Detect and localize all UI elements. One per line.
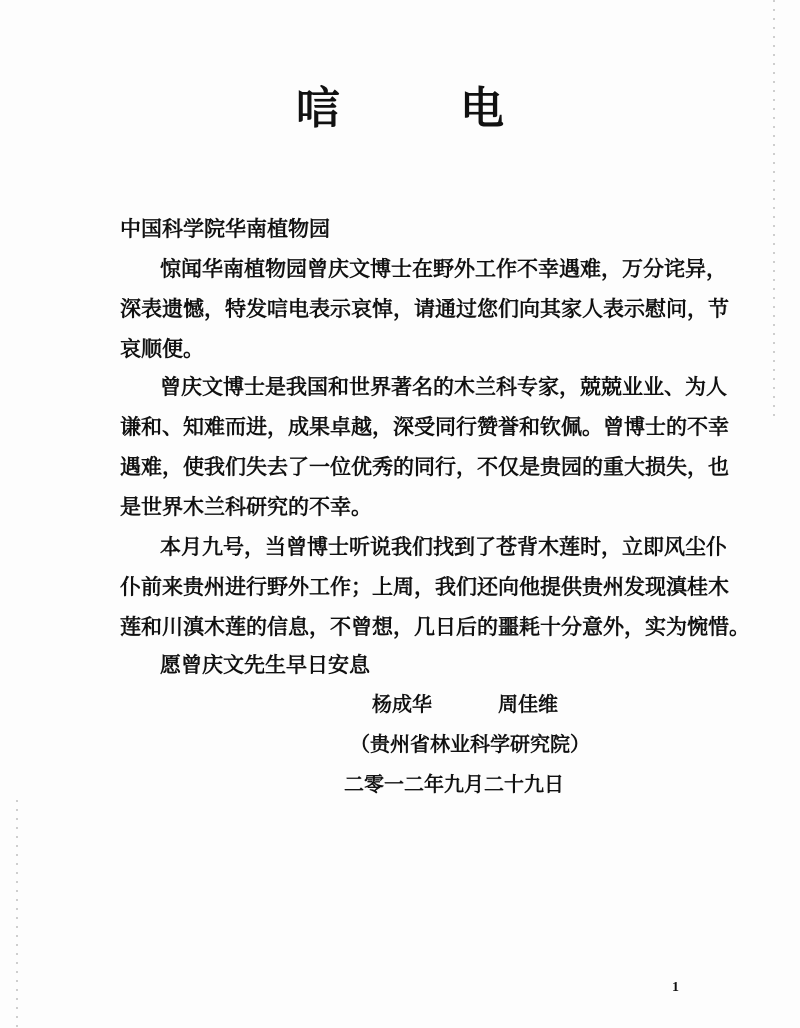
paragraph-2-line-2: 谦和、知难而进，成果卓越，深受同行赞誉和钦佩。曾博士的不幸 [120,416,729,437]
scan-edge-artifact-right [773,0,775,420]
scan-edge-artifact-left [16,800,18,1028]
paragraph-2-line-1: 曾庆文博士是我国和世界著名的木兰科专家，兢兢业业、为人 [160,376,727,397]
paragraph-1-line-2: 深表遗憾，特发唁电表示哀悼，请通过您们向其家人表示慰问，节 [120,298,729,319]
paragraph-3-line-1: 本月九号，当曾博士听说我们找到了苍背木莲时，立即风尘仆 [160,536,727,557]
title-char-2: 电 [460,72,504,136]
paragraph-3-line-2: 仆前来贵州进行野外工作；上周，我们还向他提供贵州发现滇桂木 [120,576,729,597]
closing-line: 愿曾庆文先生早日安息 [160,654,370,675]
page-number: 1 [672,980,679,996]
signatory-name-1: 杨成华 [372,694,432,714]
paragraph-3-line-3: 莲和川滇木莲的信息，不曾想，几日后的噩耗十分意外，实为惋惜。 [120,616,750,637]
paragraph-2-line-4: 是世界木兰科研究的不幸。 [120,496,372,517]
paragraph-1-line-3: 哀顺便。 [120,338,204,359]
title-char-1: 唁 [296,72,340,136]
document-title: 唁电 [0,72,800,136]
recipient-line: 中国科学院华南植物园 [120,218,330,239]
paragraph-1-line-1: 惊闻华南植物园曾庆文博士在野外工作不幸遇难，万分诧异， [160,258,727,279]
signatory-institution: （贵州省林业科学研究院） [350,734,590,754]
document-date: 二零一二年九月二十九日 [344,774,564,794]
scanned-document-page: 唁电 中国科学院华南植物园 惊闻华南植物园曾庆文博士在野外工作不幸遇难，万分诧异… [0,0,800,1028]
signatory-name-2: 周佳维 [498,694,558,714]
paragraph-2-line-3: 遇难，使我们失去了一位优秀的同行，不仅是贵园的重大损失，也 [120,456,729,477]
